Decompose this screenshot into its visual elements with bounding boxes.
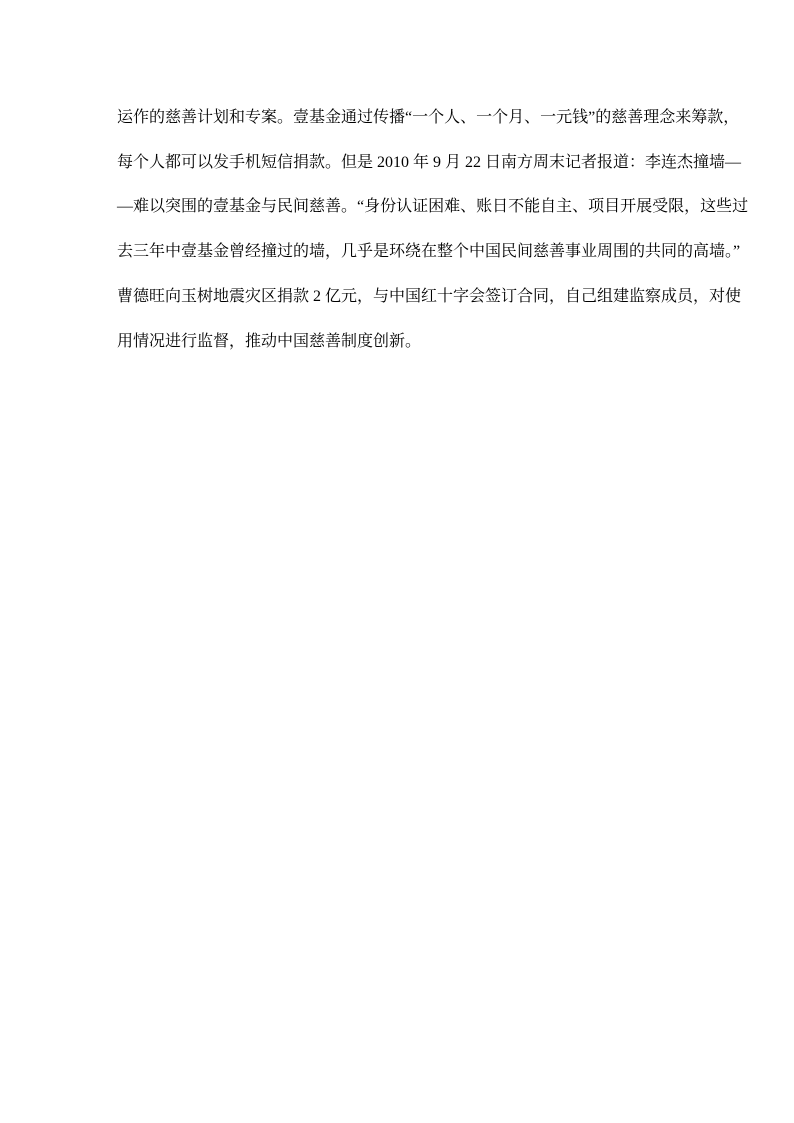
paragraph-line-5: 曹德旺向玉树地震灾区捐款 2 亿元，与中国红十字会签订合同，自己组建监察成员，对… [117, 275, 677, 320]
paragraph-line-3: —难以突围的壹基金与民间慈善。“身份认证困难、账日不能自主、项目开展受限，这些过 [117, 185, 677, 230]
paragraph-line-4: 去三年中壹基金曾经撞过的墙，几乎是环绕在整个中国民间慈善事业周围的共同的高墙。” [117, 230, 677, 275]
document-page: 运作的慈善计划和专案。壹基金通过传播“一个人、一个月、一元钱”的慈善理念来筹款，… [0, 0, 794, 1123]
paragraph-line-6: 用情况进行监督，推动中国慈善制度创新。 [117, 320, 677, 365]
paragraph-line-2: 每个人都可以发手机短信捐款。但是 2010 年 9 月 22 日南方周末记者报道… [117, 141, 677, 186]
paragraph: 运作的慈善计划和专案。壹基金通过传播“一个人、一个月、一元钱”的慈善理念来筹款，… [117, 96, 677, 364]
paragraph-line-1: 运作的慈善计划和专案。壹基金通过传播“一个人、一个月、一元钱”的慈善理念来筹款， [117, 96, 677, 141]
